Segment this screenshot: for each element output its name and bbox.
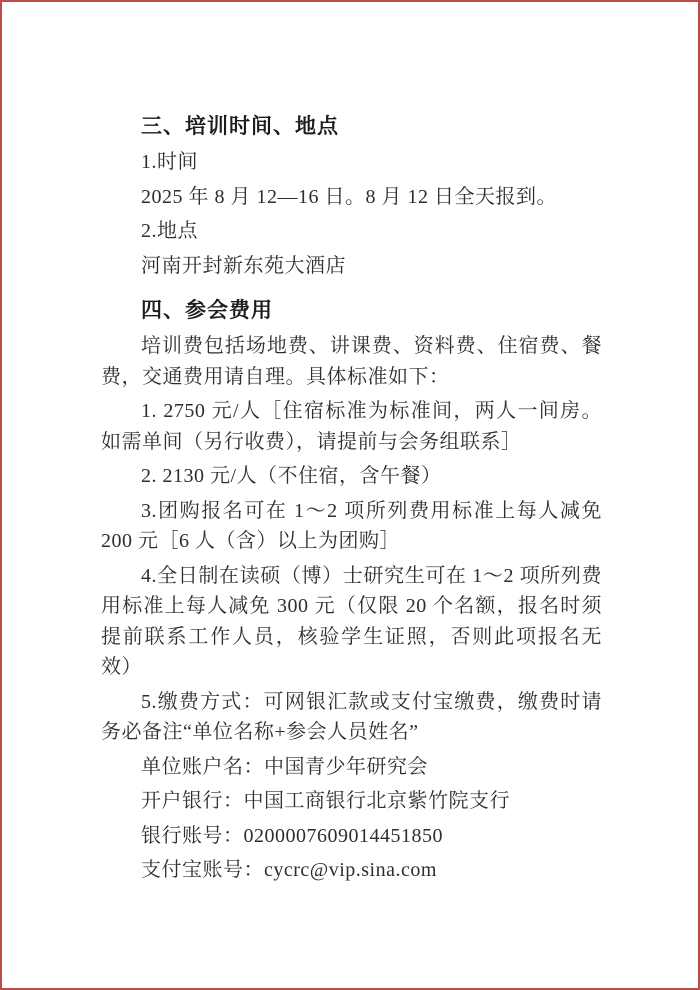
paragraph-bank-account-number: 银行账号：0200007609014451850	[101, 821, 602, 852]
paragraph-group-discount: 3.团购报名可在 1～2 项所列费用标准上每人减免 200 元［6 人（含）以上…	[101, 496, 602, 557]
paragraph-alipay-account: 支付宝账号：cycrc@vip.sina.com	[101, 855, 602, 886]
paragraph-location-label: 2.地点	[101, 216, 602, 247]
paragraph-fee-option-2: 2. 2130 元/人（不住宿，含午餐）	[101, 461, 602, 492]
paragraph-bank-name: 开户银行：中国工商银行北京紫竹院支行	[101, 786, 602, 817]
paragraph-payment-method: 5.缴费方式：可网银汇款或支付宝缴费，缴费时请务必备注“单位名称+参会人员姓名”	[101, 687, 602, 748]
document-content: 三、培训时间、地点 1.时间 2025 年 8 月 12—16 日。8 月 12…	[2, 2, 698, 886]
paragraph-account-name: 单位账户名：中国青少年研究会	[101, 752, 602, 783]
paragraph-student-discount: 4.全日制在读硕（博）士研究生可在 1～2 项所列费用标准上每人减免 300 元…	[101, 561, 602, 683]
paragraph-hotel-name: 河南开封新东苑大酒店	[101, 251, 602, 282]
paragraph-fee-option-1: 1. 2750 元/人［住宿标准为标准间，两人一间房。如需单间（另行收费），请提…	[101, 396, 602, 457]
paragraph-time-label: 1.时间	[101, 147, 602, 178]
section-heading-training-time-location: 三、培训时间、地点	[101, 112, 602, 142]
paragraph-training-dates: 2025 年 8 月 12—16 日。8 月 12 日全天报到。	[101, 182, 602, 213]
section-heading-fees: 四、参会费用	[101, 296, 602, 326]
document-page: 三、培训时间、地点 1.时间 2025 年 8 月 12—16 日。8 月 12…	[0, 0, 700, 990]
paragraph-fee-overview: 培训费包括场地费、讲课费、资料费、住宿费、餐费，交通费用请自理。具体标准如下：	[101, 331, 602, 392]
